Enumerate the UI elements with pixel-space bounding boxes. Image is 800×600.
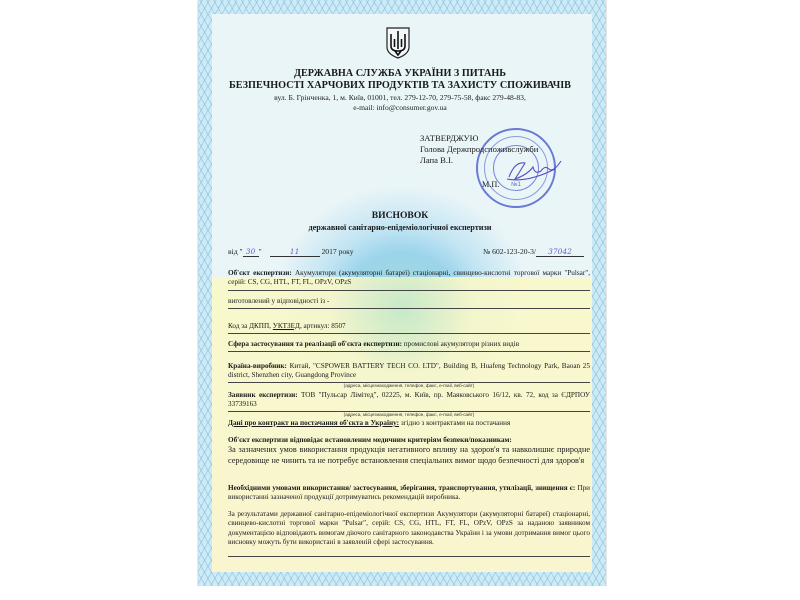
date-month: 11 [270,247,320,257]
section-conclusion: За результатами державної санітарно-епід… [228,510,590,547]
code-article: , артикул: 8507 [300,322,346,330]
document-title: ВИСНОВОК [200,210,600,221]
date-prefix: від " [228,247,243,256]
code-prefix: Код за ДКПП, [228,322,273,330]
date-year: 2017 року [321,247,353,256]
section-applicant: Заявник експертизи: ТОВ "Пульсар Лімітед… [228,391,590,410]
section-conditions: Необхідними умовами використання/ застос… [228,484,590,503]
criteria-text: За зазначених умов використання продукці… [228,445,590,466]
contract-label: Дані про контракт на постачання об'єкта … [228,419,399,427]
agency-name: ДЕРЖАВНА СЛУЖБА УКРАЇНИ З ПИТАНЬ БЕЗПЕЧН… [200,68,600,92]
section-code: Код за ДКПП, УКТЗЕД, артикул: 8507 [228,322,590,331]
divider [228,333,590,334]
producer-label: Країна-виробник: [228,362,287,370]
agency-name-line1: ДЕРЖАВНА СЛУЖБА УКРАЇНИ З ПИТАНЬ [200,68,600,80]
agency-address: вул. Б. Грінченка, 1, м. Київ, 01001, те… [200,93,600,103]
contract-text: згідно з контрактами на постачання [399,419,510,427]
document-subtitle: державної санітарно-епідеміологічної екс… [200,223,600,232]
applicant-caption: (адреса, місцезнаходження, телефон, факс… [228,412,590,417]
section-producer: Країна-виробник: Китай, "CSPOWER BATTERY… [228,362,590,381]
trident-coat-of-arms-icon [385,27,411,59]
agency-email: e-mail: info@consumer.gov.ua [200,103,600,113]
date-day: 30 [243,247,259,257]
agency-name-line2: БЕЗПЕЧНОСТІ ХАРЧОВИХ ПРОДУКТІВ ТА ЗАХИСТ… [200,80,600,92]
conditions-label: Необхідними умовами використання/ застос… [228,484,575,492]
date-number-line: від "30" 11 2017 року № 602-123-20-3/370… [228,247,590,257]
divider [228,308,590,309]
divider [228,556,590,557]
divider [228,290,590,291]
watermark-center [332,244,472,374]
producer-caption: (адреса, місцезнаходження, телефон, факс… [228,383,590,388]
code-uktzed: УКТЗЕД [273,322,300,330]
divider [228,351,590,352]
date-quote: " [259,247,262,256]
criteria-label: Об'єкт експертизи відповідає встановлени… [228,436,512,444]
document-number-handwritten: 37042 [536,247,584,257]
agency-contacts: вул. Б. Грінченка, 1, м. Київ, 01001, те… [200,93,600,114]
handwritten-signature-icon [505,155,563,183]
applicant-label: Заявник експертизи: [228,391,298,399]
section-object: Об'єкт експертизи: Акумулятори (акумулят… [228,269,590,288]
section-contract: Дані про контракт на постачання об'єкта … [228,419,590,428]
section-manufactured: виготовлений у відповідності із - [228,297,590,306]
document-number: № 602-123-20-3/37042 [483,247,584,257]
object-label: Об'єкт експертизи: [228,269,292,277]
section-scope: Сфера застосування та реалізації об'єкта… [228,340,590,349]
scope-text: промислові акумулятори різних видів [402,340,519,348]
document-number-prefix: № 602-123-20-3/ [483,247,536,256]
scope-label: Сфера застосування та реалізації об'єкта… [228,340,402,348]
approval-heading: ЗАТВЕРДЖУЮ [420,133,538,144]
seal-label: М.П. [482,180,499,189]
approver-position: Голова Держпродспоживслужби [420,144,538,155]
section-criteria: Об'єкт експертизи відповідає встановлени… [228,436,590,466]
